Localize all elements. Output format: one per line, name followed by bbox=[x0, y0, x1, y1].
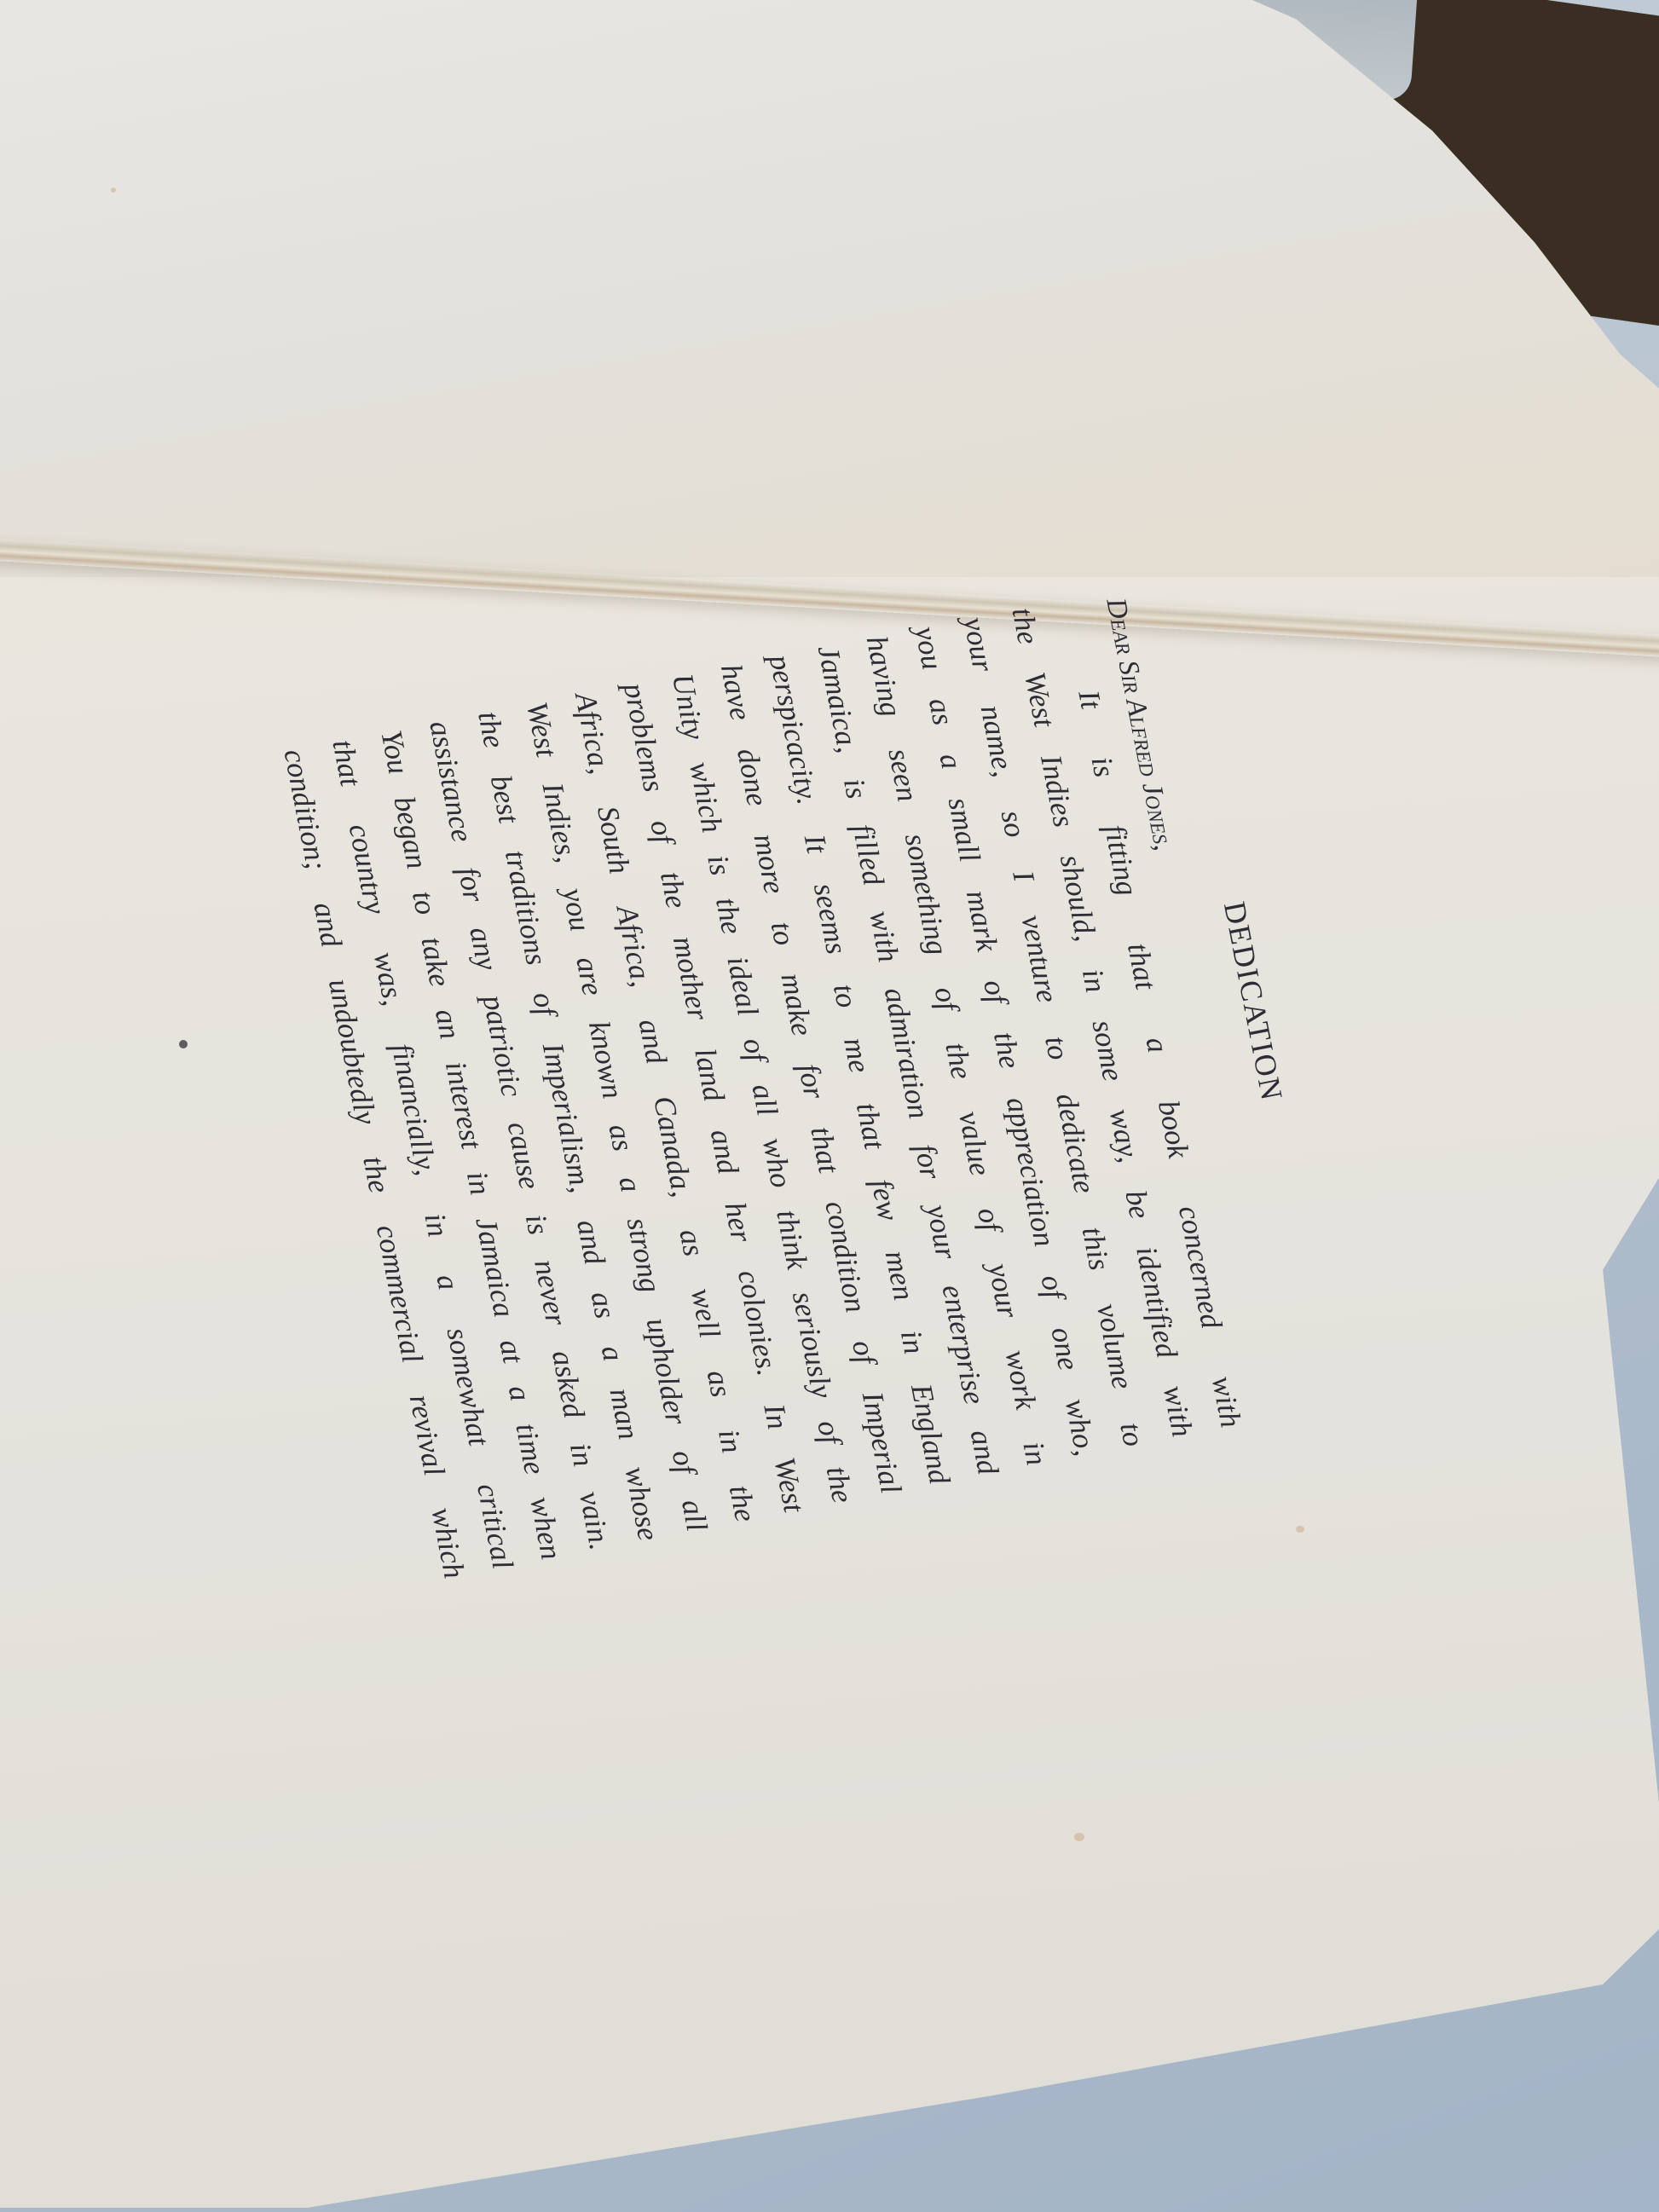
open-book: DEDICATION Dear Sir Alfred Jones, It is … bbox=[0, 0, 1659, 2208]
foxing-spot bbox=[1074, 1833, 1084, 1841]
photo-scene: DEDICATION Dear Sir Alfred Jones, It is … bbox=[0, 0, 1659, 2212]
foxing-spot bbox=[1296, 1526, 1304, 1533]
foxing-spot bbox=[989, 2148, 1001, 2157]
dedication-text-block: DEDICATION Dear Sir Alfred Jones, It is … bbox=[269, 575, 1368, 1674]
ink-dot bbox=[179, 1040, 188, 1048]
foxing-spot bbox=[111, 188, 116, 193]
